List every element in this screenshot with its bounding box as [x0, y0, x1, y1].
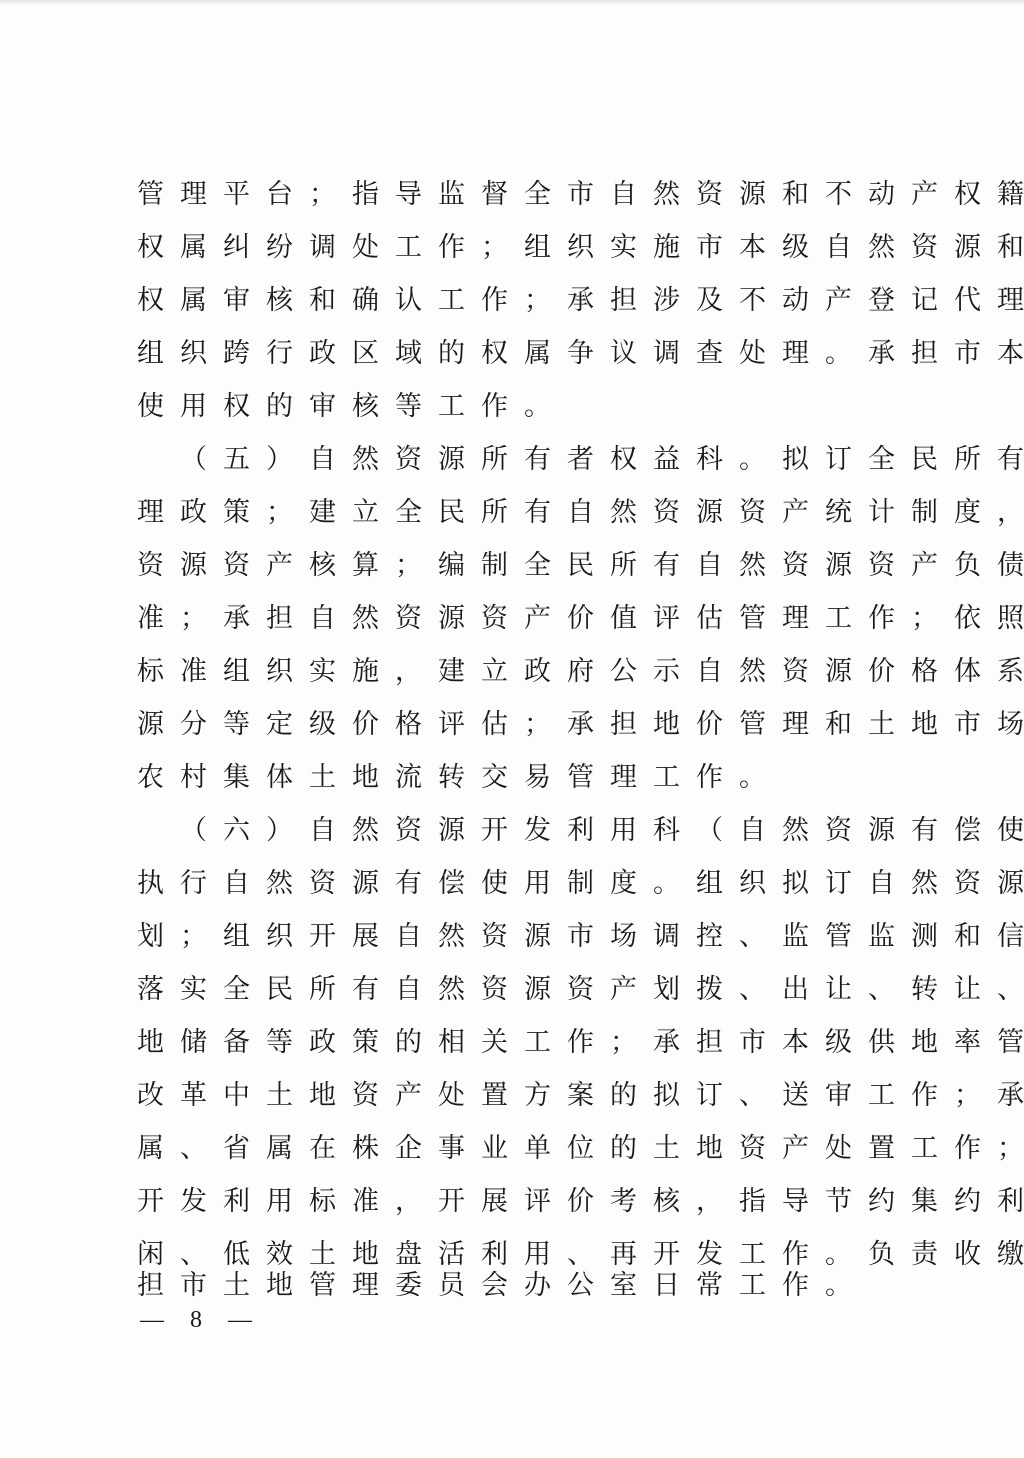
text-line: 地储备等政策的相关工作；承担市本级供地率管控工作；承担企业 — [137, 1021, 897, 1065]
section-heading-line: （六）自然资源开发利用科（自然资源有偿使用办公室）。贯彻 — [180, 809, 897, 853]
text-line: 权属纠纷调处工作；组织实施市本级自然资源和不动产权籍调查、 — [137, 226, 897, 270]
text-line: 准；承担自然资源资产价值评估管理工作；依照自然资源开发利用 — [137, 597, 897, 641]
text-line: 源分等定级价格评估；承担地价管理和土地市场监测工作。承担 — [137, 703, 897, 747]
text-line: 组织跨行政区域的权属争议调查处理。承担市本级收回国有土地 — [137, 332, 897, 376]
text-line: 理政策；建立全民所有自然资源资产统计制度，负责全民所有自然 — [137, 491, 897, 535]
text-line: 划；组织开展自然资源市场调控、监管监测和信用体系建设。承担 — [137, 915, 897, 959]
text-line: 开发利用标准，开展评价考核，指导节约集约利用。负责存量、空 — [137, 1180, 897, 1224]
text-line: 权属审核和确认工作；承担涉及不动产登记代理机构的监管工作； — [137, 279, 897, 323]
text-line: 落实全民所有自然资源资产划拨、出让、转让、租赁、作价出资和土 — [137, 968, 897, 1012]
page-number: — 8 — — [140, 1304, 262, 1336]
text-line: 资源资产核算；编制全民所有自然资源资产负债表，拟订考核标 — [137, 544, 897, 588]
text-line: 属、省属在株企事业单位的土地资产处置工作；贯彻执行自然资源 — [137, 1127, 897, 1171]
text-line: 担市土地管理委员会办公室日常工作。 — [137, 1264, 897, 1308]
text-line: 农村集体土地流转交易管理工作。 — [137, 756, 897, 800]
text-line: 管理平台；指导监督全市自然资源和不动产权籍调查、确权登记和 — [137, 173, 897, 217]
text-line: 执行自然资源有偿使用制度。组织拟订自然资源开发利用年度计 — [137, 862, 897, 906]
document-page: 管理平台；指导监督全市自然资源和不动产权籍调查、确权登记和 权属纠纷调处工作；组… — [0, 0, 1024, 1458]
text-line: 使用权的审核等工作。 — [137, 385, 897, 429]
section-heading-line: （五）自然资源所有者权益科。拟订全民所有自然资源资产管 — [180, 438, 897, 482]
text-line: 标准组织实施，建立政府公示自然资源价格体系，组织开展自然资 — [137, 650, 897, 694]
text-line: 改革中土地资产处置方案的拟订、送审工作；承办上级授权的部 — [137, 1074, 897, 1118]
